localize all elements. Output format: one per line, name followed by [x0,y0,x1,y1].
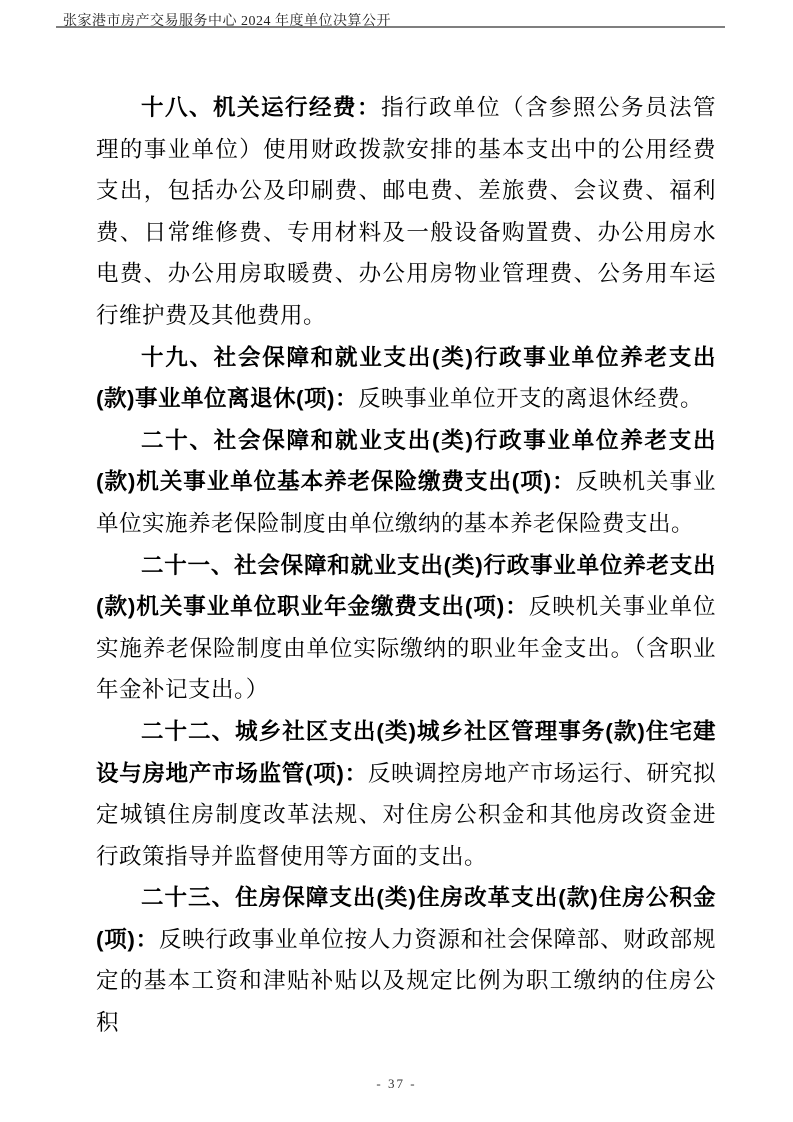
page-number: - 37 - [376,1076,416,1091]
document-page: 张家港市房产交易服务中心 2024 年度单位决算公开 十八、机关运行经费：指行政… [0,0,793,1122]
paragraph-item-23: 二十三、住房保障支出(类)住房改革支出(款)住房公积金(项)：反映行政事业单位按… [96,877,716,1043]
paragraph-item-20: 二十、社会保障和就业支出(类)行政事业单位养老支出(款)机关事业单位基本养老保险… [96,420,716,545]
page-footer: - 37 - [0,1076,793,1092]
term-definition: 反映行政事业单位按人力资源和社会保障部、财政部规定的基本工资和津贴补贴以及规定比… [96,927,716,1035]
paragraph-item-18: 十八、机关运行经费：指行政单位（含参照公务员法管理的事业单位）使用财政拨款安排的… [96,87,716,337]
paragraph-item-21: 二十一、社会保障和就业支出(类)行政事业单位养老支出(款)机关事业单位职业年金缴… [96,545,716,711]
term-label: 十八、机关运行经费： [141,95,381,120]
paragraph-item-19: 十九、社会保障和就业支出(类)行政事业单位养老支出(款)事业单位离退休(项)：反… [96,337,716,420]
document-body: 十八、机关运行经费：指行政单位（含参照公务员法管理的事业单位）使用财政拨款安排的… [96,87,716,1044]
header-rule [56,26,725,28]
paragraph-item-22: 二十二、城乡社区支出(类)城乡社区管理事务(款)住宅建设与房地产市场监管(项)：… [96,711,716,877]
term-definition: 反映事业单位开支的离退休经费。 [358,386,703,411]
term-definition: 指行政单位（含参照公务员法管理的事业单位）使用财政拨款安排的基本支出中的公用经费… [96,95,716,328]
